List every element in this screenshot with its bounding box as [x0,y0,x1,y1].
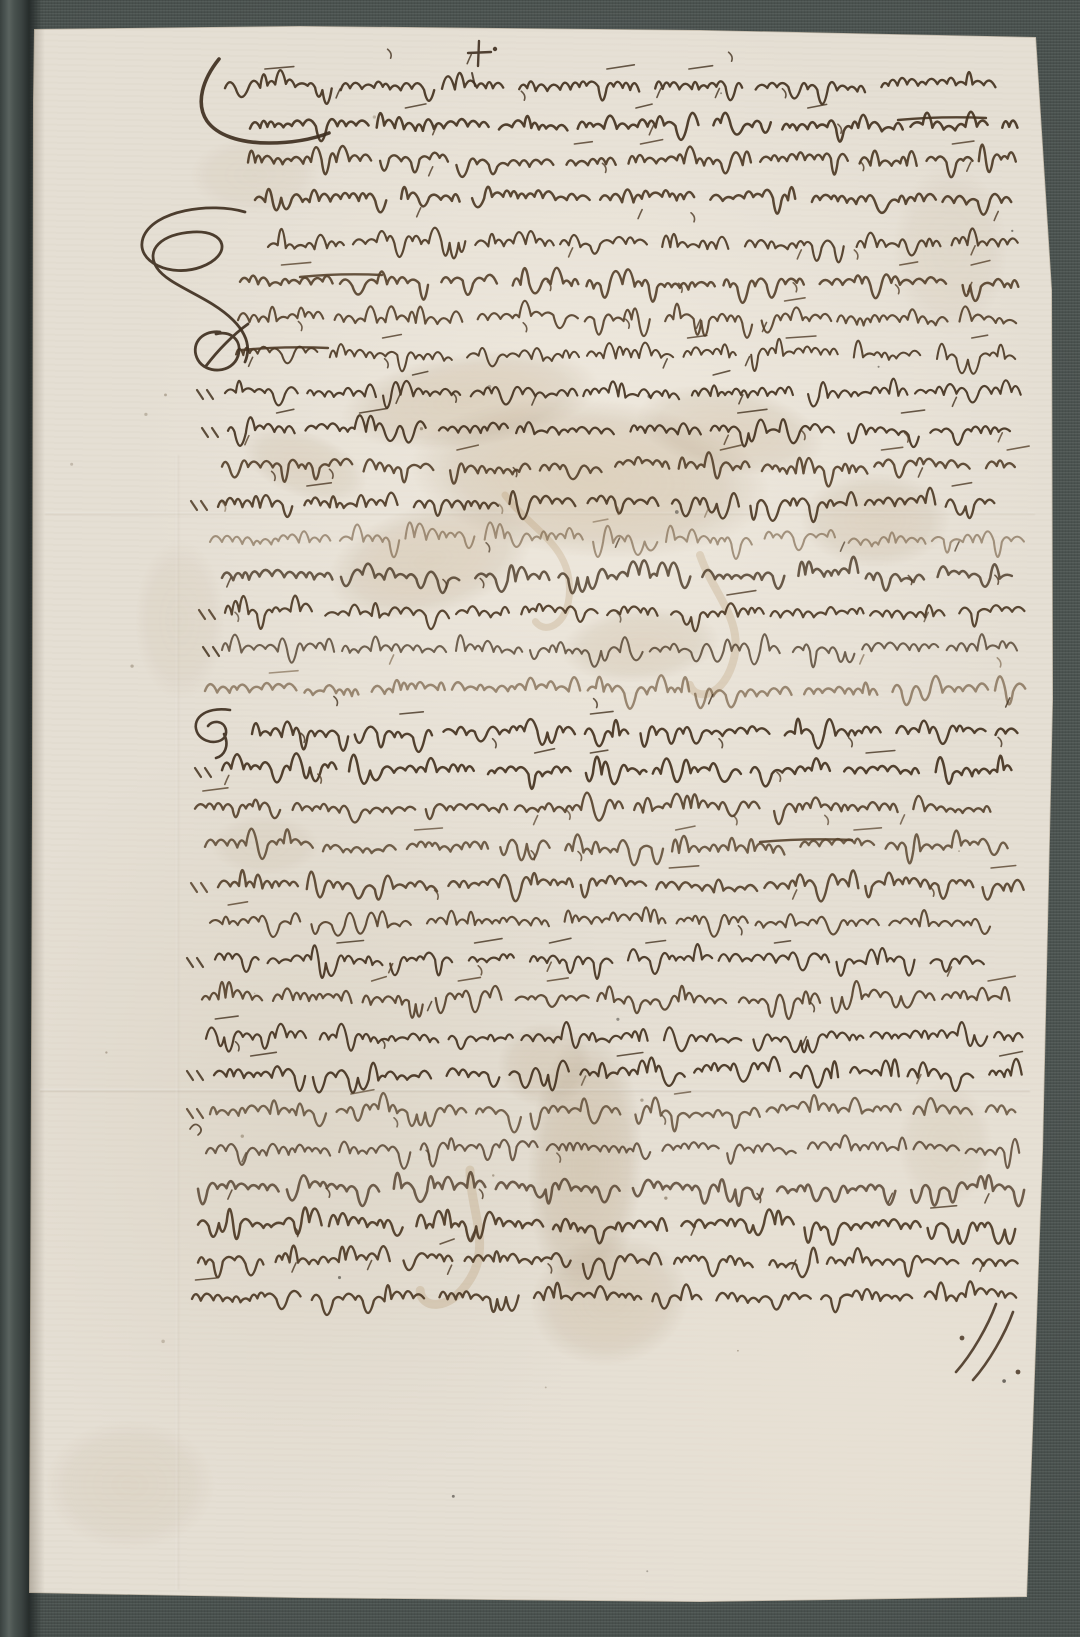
bleed-through-ghost-stroke [505,487,577,631]
ink-stroke-line-23 [210,907,990,937]
ink-stroke-line-27 [214,1057,1022,1093]
header-cross-dot [493,47,497,51]
margin-quote-mark [187,1071,203,1080]
foxing-speck [452,1495,455,1498]
superscript-mark [190,1124,201,1135]
ink-stroke-line-22 [218,870,1024,901]
margin-quote-mark [203,647,219,656]
foxing-speck [420,427,423,430]
ink-stroke-line-32 [198,1246,1018,1280]
foxing-speck [144,413,147,416]
foxing-speck [616,1018,619,1021]
foxing-speck [164,393,167,396]
ink-diacritics-line-26 [215,1002,814,1019]
ink-stroke-line-10 [228,415,1010,447]
margin-quote-mark [202,428,218,437]
ink-diacritics-line-1 [265,49,732,69]
foxing-speck [640,1099,643,1102]
paper-edge-outline [29,26,1053,1602]
foxing-speck [675,510,679,514]
ink-diacritics-line-6 [282,246,990,265]
tail-mark-dot [1016,1370,1021,1375]
margin-quote-mark [187,958,203,967]
ink-diacritics-line-9 [249,357,750,375]
flourish-brace-arc [201,59,329,143]
ink-stroke-line-20 [195,793,990,824]
ink-diacritics-line-19 [301,733,1002,753]
ink-stroke-line-29 [206,1135,1019,1168]
ink-stroke-line-17 [205,675,1025,708]
ink-stroke-line-13 [210,522,1024,559]
ink-diacritics-line-25 [372,962,1015,981]
ink-stroke-line-1 [225,70,995,104]
strikethrough-stroke [898,117,986,120]
ink-stroke-line-30 [198,1172,1024,1206]
ink-stroke-line-33 [192,1281,1016,1315]
ink-stroke-line-26 [206,1022,1023,1052]
ink-stroke-line-18 [252,719,1017,752]
ink-stroke-line-28 [210,1093,1015,1132]
margin-quote-mark [187,1109,203,1118]
ink-stroke-line-31 [198,1208,1015,1245]
foxing-speck [492,1174,494,1176]
ink-stroke-line-21 [205,829,1008,866]
ink-stroke-line-25 [202,981,1009,1019]
foxing-speck [1002,1379,1006,1383]
margin-quote-mark [191,883,207,892]
ink-stroke-line-7 [238,301,1016,338]
foxing-speck [241,1134,244,1137]
ink-stroke-line-16 [222,634,1017,667]
tail-mark-dot [960,1336,965,1341]
margin-quote-mark [199,610,215,619]
margin-quote-mark [195,768,211,777]
ink-diacritics-line-32 [295,1226,696,1244]
ink-diacritics-line-2 [336,88,826,108]
foxing-speck [646,1570,648,1572]
manuscript-page [0,0,1080,1637]
ink-diacritics-line-11 [245,431,1029,450]
ink-stroke-line-9 [225,379,1021,408]
flourish-capital-swirl [196,709,230,758]
ink-diacritics-line-7 [547,282,972,302]
manuscript-scan [0,0,1080,1637]
foxing-speck [1011,230,1013,232]
ink-stroke-line-14 [222,557,1012,593]
ink-diacritics-line-20 [203,772,781,791]
foxing-speck [545,1386,547,1388]
ink-stroke-line-4 [255,187,1011,215]
ink-stroke-line-24 [215,944,984,979]
flourish-capital-oval [195,324,248,370]
ink-stroke-line-2 [250,112,1017,142]
header-cross-mark [468,41,491,66]
ink-diacritics-line-5 [417,208,999,222]
foxing-speck [878,366,880,368]
foxing-speck [737,1350,739,1352]
tail-flourish-mark [956,1304,1013,1380]
ink-stroke-line-5 [268,228,1018,263]
foxing-speck [664,1197,667,1200]
foxing-speck [720,92,722,94]
ink-diacritics-line-21 [415,810,905,830]
foxing-speck [254,993,256,995]
ink-stroke-line-11 [222,452,1015,486]
foxing-speck [130,664,133,667]
ink-stroke-line-15 [225,596,1024,632]
foxing-speck [958,850,960,852]
foxing-speck [70,463,73,466]
foxing-speck [373,115,376,118]
foxing-speck [161,1340,164,1343]
ink-diacritics-line-10 [277,393,957,413]
handwriting-ink-layer [0,0,1080,1637]
foxing-speck [338,1276,341,1279]
strikethrough-stroke [300,274,382,277]
ink-stroke-line-6 [240,268,1018,303]
margin-quote-mark [191,501,207,510]
ink-stroke-line-12 [218,488,994,522]
ink-stroke-line-19 [222,753,1011,789]
ink-stroke-line-3 [248,145,1016,178]
foxing-speck [105,1051,107,1053]
ink-stroke-line-8 [236,339,1015,374]
margin-quote-mark [197,390,213,399]
ink-diacritics-line-28 [351,1075,921,1094]
ink-diacritics-line-24 [337,926,791,943]
ink-diacritics-line-17 [269,655,1000,673]
